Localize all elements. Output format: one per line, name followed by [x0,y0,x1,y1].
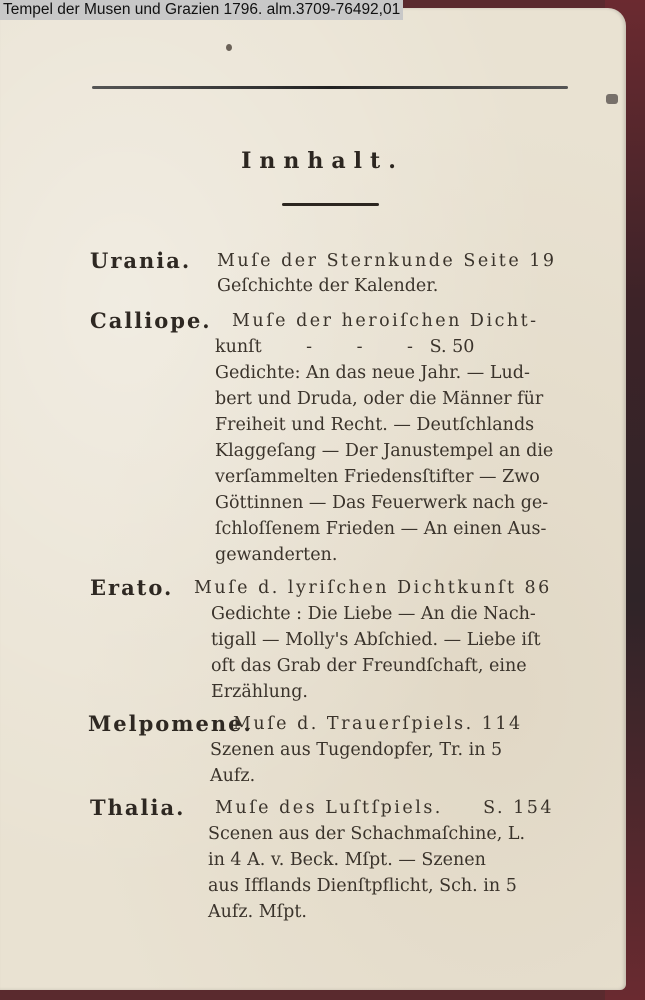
entry-line: kunſt - - - S. 50 [215,337,474,357]
page-heading: Innhalt. [0,148,645,174]
muse-name: Melpomene. [88,711,253,736]
ink-speck [226,44,232,51]
heading-rule [282,203,379,206]
entry-line: Muſe der Sternkunde Seite 19 [217,251,557,271]
entry-line: gewanderten. [215,545,337,565]
entry-line: Aufz. [210,766,255,786]
entry-line: tigall — Molly's Abſchied. — Liebe iſt [211,630,541,650]
entry-line: Göttinnen — Das Feuerwerk nach ge- [215,493,548,513]
ink-speck [606,94,618,104]
muse-name: Calliope. [90,308,212,333]
entry-line: Gedichte : Die Liebe — An die Nach- [211,604,536,624]
muse-name: Urania. [90,248,191,273]
entry-line: Muſe des Luſtſpiels. S. 154 [215,798,554,818]
entry-line: Muſe d. Trauerſpiels. 114 [233,714,523,734]
window-title: Tempel der Musen und Grazien 1796. alm.3… [0,0,403,20]
entry-line: bert und Druda, oder die Männer für [215,389,543,409]
top-ornamental-rule [92,86,568,89]
entry-line: ſchloſſenem Frieden — An einen Aus- [215,519,546,539]
entry-line: Erzählung. [211,682,308,702]
muse-name: Thalia. [90,795,185,820]
entry-line: aus Ifflands Dienſtpflicht, Sch. in 5 [208,876,517,896]
entry-line: Klaggeſang — Der Janustempel an die [215,441,553,461]
entry-line: Scenen aus der Schachmaſchine, L. [208,824,525,844]
entry-line: Geſchichte der Kalender. [217,276,438,296]
muse-name: Erato. [90,575,173,600]
entry-line: Freiheit und Recht. — Deutſchlands [215,415,534,435]
entry-line: Muſe der heroiſchen Dicht- [232,311,539,331]
entry-line: oft das Grab der Freundſchaft, eine [211,656,527,676]
entry-line: Szenen aus Tugendopfer, Tr. in 5 [210,740,502,760]
entry-line: Muſe d. lyriſchen Dichtkunſt 86 [194,578,552,598]
entry-line: in 4 A. v. Beck. Mſpt. — Szenen [208,850,486,870]
entry-line: Gedichte: An das neue Jahr. — Lud- [215,363,530,383]
entry-line: Aufz. Mſpt. [208,902,307,922]
entry-line: verſammelten Friedensſtifter — Zwo [215,467,540,487]
